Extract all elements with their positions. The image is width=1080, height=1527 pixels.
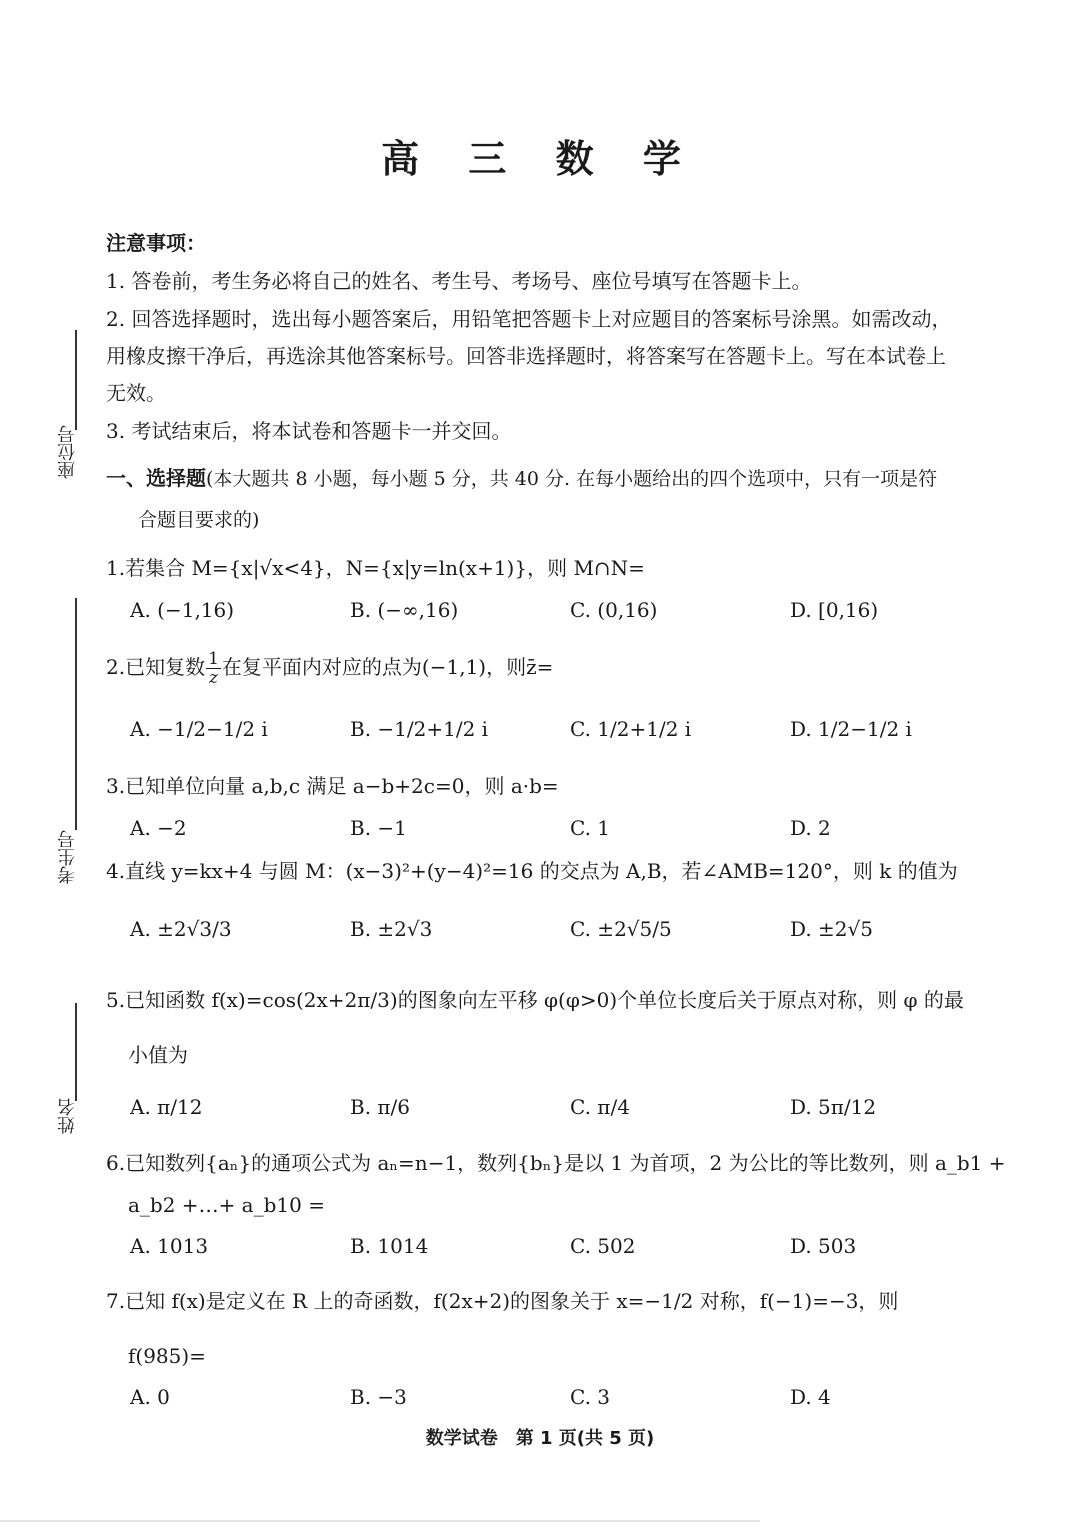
q7-option-b: B. −3 (350, 1384, 407, 1410)
q7-number: 7. (106, 1289, 125, 1313)
section-desc-cont: 合题目要求的) (138, 507, 259, 533)
seat-label: 座位号 (55, 425, 79, 479)
question-3: 3.已知单位向量 a,b,c 满足 a−b+2c=0，则 a·b= (106, 773, 559, 799)
q3-option-a: A. −2 (130, 815, 187, 841)
q2-frac-num: 1 (206, 650, 221, 669)
q2-option-b: B. −1/2+1/2 i (350, 716, 488, 742)
q7-option-a: A. 0 (130, 1384, 170, 1410)
q5-option-d: D. 5π/12 (790, 1094, 876, 1120)
q3-option-c: C. 1 (570, 815, 610, 841)
exam-no-underline (75, 598, 77, 830)
q1-option-d: D. [0,16) (790, 597, 878, 623)
q6-option-c: C. 502 (570, 1233, 635, 1259)
question-4: 4.直线 y=kx+4 与圆 M：(x−3)²+(y−4)²=16 的交点为 A… (106, 858, 958, 884)
q2-text-pre: 已知复数 (125, 655, 205, 679)
q2-number: 2. (106, 655, 125, 679)
q4-number: 4. (106, 859, 125, 883)
q2-option-d: D. 1/2−1/2 i (790, 716, 912, 742)
q2-option-a: A. −1/2−1/2 i (130, 716, 268, 742)
q1-option-c: C. (0,16) (570, 597, 657, 623)
q2-frac-den: z (206, 669, 221, 687)
q1-text: 若集合 M={x|√x<4}，N={x|y=ln(x+1)}，则 M∩N= (125, 556, 645, 580)
q1-option-b: B. (−∞,16) (350, 597, 458, 623)
q7-option-d: D. 4 (790, 1384, 831, 1410)
question-2: 2.已知复数1z在复平面内对应的点为(−1,1)，则z̄= (106, 650, 553, 687)
q5-text: 已知函数 f(x)=cos(2x+2π/3)的图象向左平移 φ(φ>0)个单位长… (125, 988, 964, 1012)
q6-option-b: B. 1014 (350, 1233, 428, 1259)
q3-option-b: B. −1 (350, 815, 407, 841)
q1-option-a: A. (−1,16) (130, 597, 234, 623)
q1-stem: 1. (106, 556, 125, 580)
section-desc: (本大题共 8 小题，每小题 5 分，共 40 分. 在每小题给出的四个选项中，… (206, 468, 937, 490)
q5-option-a: A. π/12 (130, 1094, 203, 1120)
notice-item-3: 3. 考试结束后，将本试卷和答题卡一并交回。 (106, 418, 511, 444)
q5-option-b: B. π/6 (350, 1094, 410, 1120)
q3-text: 已知单位向量 a,b,c 满足 a−b+2c=0，则 a·b= (125, 774, 559, 798)
q4-option-c: C. ±2√5/5 (570, 916, 672, 942)
q6-text: 已知数列{aₙ}的通项公式为 aₙ=n−1，数列{bₙ}是以 1 为首项，2 为… (125, 1151, 1005, 1175)
question-5: 5.已知函数 f(x)=cos(2x+2π/3)的图象向左平移 φ(φ>0)个单… (106, 987, 964, 1013)
notice-heading: 注意事项： (106, 230, 206, 256)
question-7: 7.已知 f(x)是定义在 R 上的奇函数，f(2x+2)的图象关于 x=−1/… (106, 1288, 898, 1314)
q2-text-post: 在复平面内对应的点为(−1,1)，则z̄= (222, 655, 553, 679)
question-1: 1.若集合 M={x|√x<4}，N={x|y=ln(x+1)}，则 M∩N= (106, 555, 645, 581)
section-title: 一、选择题 (106, 466, 206, 490)
q5-text-cont: 小值为 (128, 1042, 188, 1068)
notice-item-2-cont: 用橡皮擦干净后，再选涂其他答案标号。回答非选择题时，将答案写在答题卡上。写在本试… (106, 343, 946, 369)
q2-option-c: C. 1/2+1/2 i (570, 716, 691, 742)
q4-text: 直线 y=kx+4 与圆 M：(x−3)²+(y−4)²=16 的交点为 A,B… (125, 859, 958, 883)
q7-option-c: C. 3 (570, 1384, 610, 1410)
q6-number: 6. (106, 1151, 125, 1175)
page-title: 高 三 数 学 (0, 128, 1080, 183)
q6-option-d: D. 503 (790, 1233, 856, 1259)
q7-text-cont: f(985)= (128, 1343, 206, 1369)
q5-number: 5. (106, 988, 125, 1012)
page-footer: 数学试卷 第 1 页(共 5 页) (0, 1424, 1080, 1450)
q5-option-c: C. π/4 (570, 1094, 630, 1120)
q4-option-a: A. ±2√3/3 (130, 916, 232, 942)
q7-text: 已知 f(x)是定义在 R 上的奇函数，f(2x+2)的图象关于 x=−1/2 … (125, 1289, 898, 1313)
seat-underline (75, 330, 77, 430)
q4-option-b: B. ±2√3 (350, 916, 432, 942)
name-underline (75, 1003, 77, 1101)
q4-option-d: D. ±2√5 (790, 916, 873, 942)
exam-no-label: 考生号 (55, 830, 79, 884)
notice-item-1: 1. 答卷前，考生务必将自己的姓名、考生号、考场号、座位号填写在答题卡上。 (106, 268, 811, 294)
q3-option-d: D. 2 (790, 815, 831, 841)
page-bottom-edge (0, 1520, 760, 1522)
notice-item-2: 2. 回答选择题时，选出每小题答案后，用铅笔把答题卡上对应题目的答案标号涂黑。如… (106, 306, 951, 332)
question-6: 6.已知数列{aₙ}的通项公式为 aₙ=n−1，数列{bₙ}是以 1 为首项，2… (106, 1150, 1006, 1176)
notice-item-2-end: 无效。 (106, 380, 166, 406)
section-heading: 一、选择题(本大题共 8 小题，每小题 5 分，共 40 分. 在每小题给出的四… (106, 465, 937, 492)
q6-text-cont: a_b2 +…+ a_b10 = (128, 1192, 325, 1218)
q2-fraction: 1z (206, 650, 221, 687)
q3-number: 3. (106, 774, 125, 798)
exam-page: 高 三 数 学 座位号 考生号 姓名 注意事项： 1. 答卷前，考生务必将自己的… (0, 0, 1080, 1527)
name-label: 姓名 (55, 1098, 79, 1134)
q6-option-a: A. 1013 (130, 1233, 208, 1259)
